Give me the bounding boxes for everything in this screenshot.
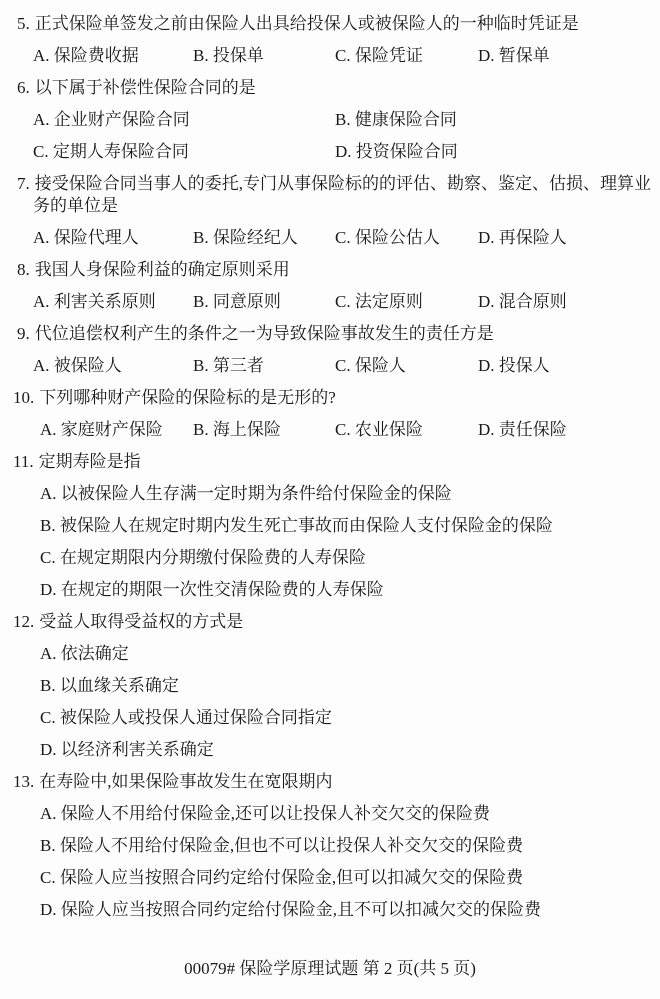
option-d: D. 责任保险: [478, 419, 660, 441]
question-6: 6.以下属于补偿性保险合同的是 A. 企业财产保险合同 B. 健康保险合同 C.…: [0, 77, 660, 163]
option-c: C. 保险凭证: [335, 45, 478, 67]
question-stem: 13.在寿险中,如果保险事故发生在宽限期内: [0, 771, 660, 793]
question-stem: 10.下列哪种财产保险的保险标的是无形的?: [0, 387, 660, 409]
option-b: B. 海上保险: [193, 419, 335, 441]
option-d: D. 在规定的期限一次性交清保险费的人寿保险: [40, 579, 660, 601]
option-b: B. 保险人不用给付保险金,但也不可以让投保人补交欠交的保险费: [40, 835, 660, 857]
option-d: D. 混合原则: [478, 291, 660, 313]
option-d: D. 暂保单: [478, 45, 660, 67]
question-number: 7.: [17, 174, 35, 193]
question-number: 13.: [13, 772, 39, 791]
options-row: A. 保险代理人 B. 保险经纪人 C. 保险公估人 D. 再保险人: [33, 227, 660, 249]
question-number: 11.: [13, 452, 39, 471]
question-stem: 6.以下属于补偿性保险合同的是: [0, 77, 660, 99]
option-d: D. 投资保险合同: [335, 141, 660, 163]
option-b: B. 以血缘关系确定: [40, 675, 660, 697]
option-a: A. 以被保险人生存满一定时期为条件给付保险金的保险: [40, 483, 660, 505]
option-a: A. 保险代理人: [33, 227, 193, 249]
option-b: B. 保险经纪人: [193, 227, 335, 249]
question-stem: 12.受益人取得受益权的方式是: [0, 611, 660, 633]
options-row: A. 利害关系原则 B. 同意原则 C. 法定原则 D. 混合原则: [33, 291, 660, 313]
option-c: C. 保险公估人: [335, 227, 478, 249]
question-9: 9.代位追偿权利产生的条件之一为导致保险事故发生的责任方是 A. 被保险人 B.…: [0, 323, 660, 377]
option-c: C. 被保险人或投保人通过保险合同指定: [40, 707, 660, 729]
option-c: C. 在规定期限内分期缴付保险费的人寿保险: [40, 547, 660, 569]
question-text: 受益人取得受益权的方式是: [39, 612, 243, 631]
options-grid: A. 企业财产保险合同 B. 健康保险合同 C. 定期人寿保险合同 D. 投资保…: [33, 109, 660, 163]
options-row: A. 被保险人 B. 第三者 C. 保险人 D. 投保人: [33, 355, 660, 377]
question-stem: 5.正式保险单签发之前由保险人出具给投保人或被保险人的一种临时凭证是: [0, 13, 660, 35]
question-number: 10.: [13, 388, 39, 407]
option-d: D. 保险人应当按照合同约定给付保险金,且不可以扣减欠交的保险费: [40, 899, 660, 921]
option-b: B. 投保单: [193, 45, 335, 67]
option-b: B. 同意原则: [193, 291, 335, 313]
option-c: C. 保险人: [335, 355, 478, 377]
question-number: 5.: [17, 14, 35, 33]
question-7: 7.接受保险合同当事人的委托,专门从事保险标的的评估、勘察、鉴定、估损、理算业务…: [0, 173, 660, 249]
options-list: A. 保险人不用给付保险金,还可以让投保人补交欠交的保险费 B. 保险人不用给付…: [40, 803, 660, 921]
question-11: 11.定期寿险是指 A. 以被保险人生存满一定时期为条件给付保险金的保险 B. …: [0, 451, 660, 601]
option-a: A. 保险费收据: [33, 45, 193, 67]
question-number: 9.: [17, 324, 35, 343]
page-footer: 00079# 保险学原理试题 第 2 页(共 5 页): [0, 958, 660, 980]
question-text: 代位追偿权利产生的条件之一为导致保险事故发生的责任方是: [35, 324, 494, 343]
question-text: 定期寿险是指: [39, 452, 141, 471]
question-stem: 8.我国人身保险利益的确定原则采用: [0, 259, 660, 281]
option-a: A. 被保险人: [33, 355, 193, 377]
option-a: A. 依法确定: [40, 643, 660, 665]
question-number: 8.: [17, 260, 35, 279]
option-d: D. 以经济利害关系确定: [40, 739, 660, 761]
question-8: 8.我国人身保险利益的确定原则采用 A. 利害关系原则 B. 同意原则 C. 法…: [0, 259, 660, 313]
question-number: 6.: [17, 78, 35, 97]
question-stem: 11.定期寿险是指: [0, 451, 660, 473]
option-a: A. 家庭财产保险: [40, 419, 193, 441]
question-text: 在寿险中,如果保险事故发生在宽限期内: [39, 772, 332, 791]
option-d: D. 再保险人: [478, 227, 660, 249]
option-a: A. 利害关系原则: [33, 291, 193, 313]
options-row: A. 家庭财产保险 B. 海上保险 C. 农业保险 D. 责任保险: [40, 419, 660, 441]
question-10: 10.下列哪种财产保险的保险标的是无形的? A. 家庭财产保险 B. 海上保险 …: [0, 387, 660, 441]
option-b: B. 第三者: [193, 355, 335, 377]
option-a: A. 保险人不用给付保险金,还可以让投保人补交欠交的保险费: [40, 803, 660, 825]
option-c: C. 法定原则: [335, 291, 478, 313]
question-text: 下列哪种财产保险的保险标的是无形的?: [39, 388, 336, 407]
question-text: 正式保险单签发之前由保险人出具给投保人或被保险人的一种临时凭证是: [35, 14, 579, 33]
question-text: 我国人身保险利益的确定原则采用: [35, 260, 290, 279]
question-stem: 9.代位追偿权利产生的条件之一为导致保险事故发生的责任方是: [0, 323, 660, 345]
question-12: 12.受益人取得受益权的方式是 A. 依法确定 B. 以血缘关系确定 C. 被保…: [0, 611, 660, 761]
option-c: C. 定期人寿保险合同: [33, 141, 335, 163]
question-text: 以下属于补偿性保险合同的是: [35, 78, 256, 97]
options-list: A. 依法确定 B. 以血缘关系确定 C. 被保险人或投保人通过保险合同指定 D…: [40, 643, 660, 761]
options-row: A. 保险费收据 B. 投保单 C. 保险凭证 D. 暂保单: [33, 45, 660, 67]
option-b: B. 健康保险合同: [335, 109, 660, 131]
option-c: C. 保险人应当按照合同约定给付保险金,但可以扣减欠交的保险费: [40, 867, 660, 889]
question-text: 接受保险合同当事人的委托,专门从事保险标的的评估、勘察、鉴定、估损、理算业务的单…: [33, 174, 651, 215]
option-d: D. 投保人: [478, 355, 660, 377]
question-stem: 7.接受保险合同当事人的委托,专门从事保险标的的评估、勘察、鉴定、估损、理算业务…: [0, 173, 660, 217]
question-13: 13.在寿险中,如果保险事故发生在宽限期内 A. 保险人不用给付保险金,还可以让…: [0, 771, 660, 921]
option-c: C. 农业保险: [335, 419, 478, 441]
exam-page: 5.正式保险单签发之前由保险人出具给投保人或被保险人的一种临时凭证是 A. 保险…: [0, 0, 660, 999]
question-number: 12.: [13, 612, 39, 631]
option-a: A. 企业财产保险合同: [33, 109, 335, 131]
option-b: B. 被保险人在规定时期内发生死亡事故而由保险人支付保险金的保险: [40, 515, 660, 537]
options-list: A. 以被保险人生存满一定时期为条件给付保险金的保险 B. 被保险人在规定时期内…: [40, 483, 660, 601]
question-5: 5.正式保险单签发之前由保险人出具给投保人或被保险人的一种临时凭证是 A. 保险…: [0, 13, 660, 67]
